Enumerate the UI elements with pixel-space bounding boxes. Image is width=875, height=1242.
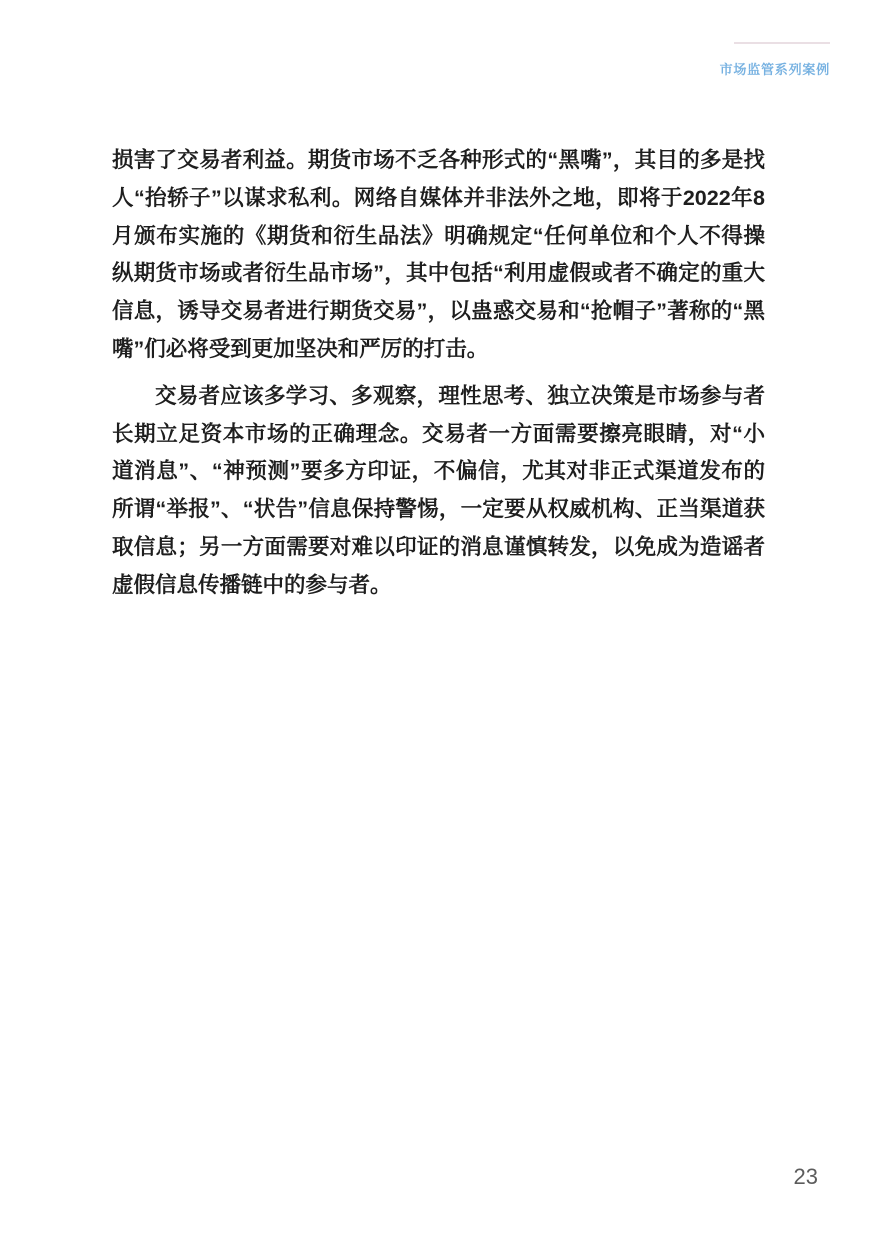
document-page: 市场监管系列案例 损害了交易者利益。期货市场不乏各种形式的“黑嘴”，其目的多是找…	[0, 0, 875, 1242]
header-rule	[734, 42, 830, 44]
body-paragraph: 交易者应该多学习、多观察，理性思考、独立决策是市场参与者长期立足资本市场的正确理…	[112, 378, 765, 605]
body-text-block: 损害了交易者利益。期货市场不乏各种形式的“黑嘴”，其目的多是找人“抬轿子”以谋求…	[112, 142, 765, 605]
page-number: 23	[794, 1164, 818, 1190]
running-header: 市场监管系列案例	[720, 59, 830, 78]
body-paragraph: 损害了交易者利益。期货市场不乏各种形式的“黑嘴”，其目的多是找人“抬轿子”以谋求…	[112, 142, 765, 369]
